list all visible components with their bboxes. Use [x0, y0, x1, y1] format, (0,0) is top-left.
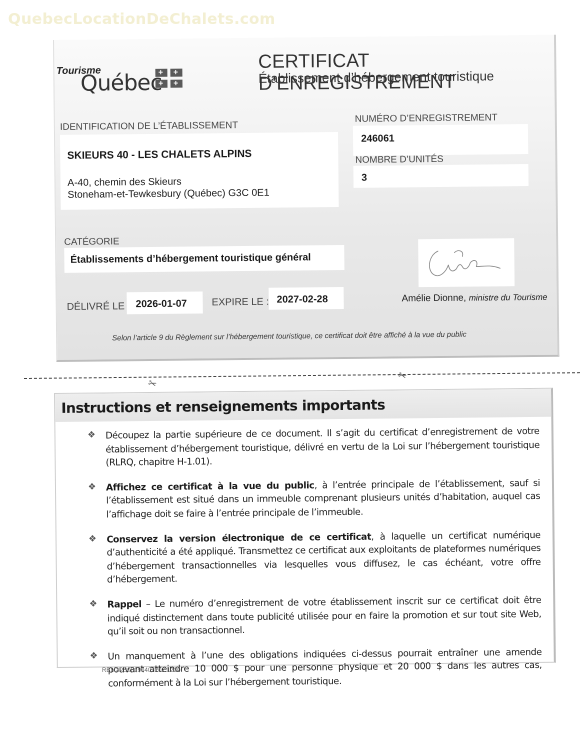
registration-certificate: Tourisme Québec CERTIFICAT D’ENREGISTREM…: [53, 35, 559, 362]
minister-signature-line: Amélie Dionne, ministre du Tourisme: [402, 292, 548, 305]
category-label: CATÉGORIE: [64, 236, 119, 248]
expires-label: EXPIRE LE :: [212, 297, 269, 309]
address-line-2: Stoneham-et-Tewkesbury (Québec) G3C 0E1: [68, 188, 270, 201]
instruction-item: ❖ Affichez ce certificat à la vue du pub…: [88, 477, 540, 523]
fleur-de-lis-flag-icon: [155, 69, 183, 89]
signature-icon: [424, 244, 508, 281]
minister-role: ministre du Tourisme: [469, 292, 548, 303]
minister-name: Amélie Dionne,: [402, 293, 467, 305]
instruction-item: ❖ Conservez la version électronique de c…: [88, 528, 541, 587]
issued-date: 2026-01-07: [136, 299, 187, 311]
instructions-header: Instructions et renseignements important…: [55, 389, 551, 422]
registration-number: 246061: [361, 133, 394, 144]
scissors-icon: ✂: [146, 378, 158, 391]
instructions-panel: Instructions et renseignements important…: [54, 388, 556, 668]
establishment-name: SKIEURS 40 - LES CHALETS ALPINS: [67, 148, 252, 162]
registration-number-label: NUMÉRO D’ENREGISTREMENT: [355, 112, 498, 124]
instruction-item: ❖ Découpez la partie supérieure de ce do…: [87, 425, 539, 471]
expiry-date: 2027-02-28: [277, 294, 328, 306]
watermark: QuebecLocationDeChalets.com: [8, 10, 275, 28]
tourisme-quebec-logo: Tourisme Québec: [56, 65, 186, 106]
units-value: 3: [361, 173, 367, 184]
scissors-icon: ✂: [396, 370, 408, 383]
cut-line: [24, 372, 580, 379]
instruction-item: ❖ Rappel – Le numéro d’enregistrement de…: [89, 594, 541, 640]
identification-label: IDENTIFICATION DE L’ÉTABLISSEMENT: [60, 120, 238, 133]
instructions-list: ❖ Découpez la partie supérieure de ce do…: [87, 425, 542, 702]
instruction-emphasis: Affichez ce certificat à la vue du publi…: [106, 480, 314, 493]
signature-box: [418, 238, 514, 287]
diamond-bullet-icon: ❖: [90, 650, 98, 664]
diamond-bullet-icon: ❖: [87, 430, 95, 444]
address-line-1: A-40, chemin des Skieurs: [67, 177, 181, 189]
diamond-bullet-icon: ❖: [89, 598, 97, 612]
units-box: [353, 164, 528, 188]
instruction-text: Découpez la partie supérieure de ce docu…: [105, 426, 539, 469]
instructions-title: Instructions et renseignements important…: [61, 398, 385, 417]
document-code: RBM2PS00190407202 1230: [102, 668, 181, 674]
logo-large-text: Québec: [80, 71, 162, 97]
diamond-bullet-icon: ❖: [88, 481, 96, 495]
certificate-subtitle: Établissement d’hébergement touristique: [258, 68, 494, 85]
diamond-bullet-icon: ❖: [88, 533, 96, 547]
instruction-text: – Le numéro d’enregistrement de votre ét…: [107, 595, 541, 638]
instruction-emphasis: Rappel: [107, 599, 141, 610]
instruction-emphasis: Conservez la version électronique de ce …: [106, 531, 371, 545]
display-notice: Selon l’article 9 du Règlement sur l’héb…: [112, 330, 466, 343]
issued-label: DÉLIVRÉ LE :: [67, 301, 130, 313]
